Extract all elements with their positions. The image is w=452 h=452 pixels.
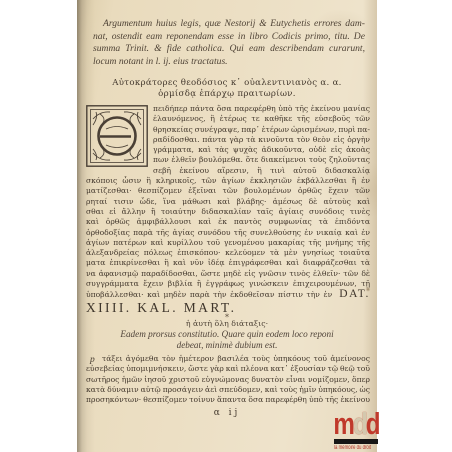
greek-body-line: τάξει ἀγόμεθα τὸν ἡμέτερον βασιλέα τοὺς … xyxy=(86,354,370,364)
greek-inscription-line: ὁρμίσδᾳ ἐπάρχῳ πραιτωρίων. xyxy=(77,89,377,100)
greek-subscription-line: ἡ ἀυτὴ ὅλη διάταξις· xyxy=(77,319,377,328)
paragraph2-lines: τάξει ἀγόμεθα τὸν ἡμέτερον βασιλέα τοὺς … xyxy=(86,354,370,405)
greek-body-line: ματίζεσθαι· θεσπίζομεν ἐξεῖναι τῶν βουλο… xyxy=(86,186,370,196)
greek-body-line: σεβῆ ἐκείνου αἵρεσιν, ἢ τινὶ αὐτοῦ διδασ… xyxy=(153,166,370,176)
greek-body-line: σωτῆρος ἡμῶν ἰησοῦ χριστοῦ εὐγνώμονας δυ… xyxy=(86,375,370,385)
greek-body-line: ἐλαυνόμενος, ἢ ἑτέρως τε καθῆκε τῆς εὐσε… xyxy=(153,114,370,124)
greek-body-text: E πειδήπερ πάντα ὅσα παρεφέρθη ὑπὸ τῆς ἐ… xyxy=(86,104,370,301)
greek-body-line: ἀλεξανδρείας πόλεως ἐπισκόπου· κελεύομεν… xyxy=(86,248,370,258)
signature-mark: α ij xyxy=(77,408,377,418)
watermark-letters: m d d xyxy=(339,409,373,439)
body-lines-full-width: σεβῆ ἐκείνου αἵρεσιν, ἢ τινὶ αὐτοῦ διδασ… xyxy=(86,166,370,290)
greek-body-line: ἁγίων πατέρων καὶ κυρίλλου τοῦ γενομένου… xyxy=(86,238,370,248)
greek-inscription-line: Αὐτοκράτορες θεοδόσιος κ᾽ οὐαλεντινιανὸς… xyxy=(77,78,377,89)
greek-body-line: να ἀφανισμῷ παραδίδοσθαι, ὥστε μηδὲ εἰς … xyxy=(86,269,370,279)
greek-body-line: ραδίδοσθαι. πάντα γὰρ τὰ κινοῦντα τὸν θε… xyxy=(153,135,370,145)
greek-body-line: πειδήπερ πάντα ὅσα παρεφέρθη ὑπὸ τῆς ἐκε… xyxy=(153,104,370,114)
greek-body-line: καὶ ὀρθῶς ἀμφιβάλλουσι καὶ ἐκ παντὸς συμ… xyxy=(86,217,370,227)
greek-body-line: σθαι εἰ ἄλλην ἢ τοιαύτην διδασκαλίαν ταῖ… xyxy=(86,207,370,217)
greek-inscription: Αὐτοκράτορες θεοδόσιος κ᾽ οὐαλεντινιανὸς… xyxy=(77,78,377,100)
dat-label: DAT. xyxy=(332,289,370,299)
greek-body-line: συγγράμματα ἔχειν βιβλία ἢ ἐγγράφως γινώ… xyxy=(86,279,370,289)
greek-body-line: θρησκείας συνέγραψε, παρ᾽ ἑτέρων ὡρισμέν… xyxy=(153,125,370,135)
book-page: Argumentum huius legis, quæ Nestorij & E… xyxy=(77,0,377,452)
greek-body-line: κατὰ δύναμιν αὐτῷ προσάγειν ἀεὶ σπεύδομε… xyxy=(86,385,370,395)
watermark-letter-d1: d xyxy=(353,409,366,439)
greek-body-line: εὐσεβείας ὑπομιμνήσκειν, ὥστε γὰρ καὶ πλ… xyxy=(86,364,370,374)
greek-body-line: γράμματα, καὶ τὰς ψυχὰς ἀδικοῦντα, οὐδὲ … xyxy=(153,145,370,155)
argumentum-line: Argumentum huius legis, quæ Nestorij & E… xyxy=(93,18,365,31)
woodcut-initial-icon: E xyxy=(86,105,148,167)
latin-note: Eadem prorsus constitutio. Quare quin eo… xyxy=(77,329,377,351)
watermark-logo: m d d la mémoire du droit xyxy=(334,409,378,451)
greek-body-line: πων ἐλθεῖν βουλόμεθα. ὅτε διακείμενοι το… xyxy=(153,155,370,165)
latin-note-line: Eadem prorsus constitutio. Quare quin eo… xyxy=(77,329,377,340)
margin-letter: p xyxy=(90,355,95,365)
argumentum-text: Argumentum huius legis, quæ Nestorij & E… xyxy=(93,18,365,68)
greek-body-line: ὀρθοδοξίας παρὰ τῆς ἁγίας συνόδου τῆς συ… xyxy=(86,228,370,238)
latin-note-line: debeat, minimè dubium est. xyxy=(77,340,377,351)
greek-paragraph-2: p τάξει ἀγόμεθα τὸν ἡμέτερον βασιλέα τοὺ… xyxy=(86,354,370,405)
greek-body-line: σκόποις ὦσιν ἢ κληρικοῖς, τῶν ἁγίων ἐκκλ… xyxy=(86,176,370,186)
greek-body-line: προσηκόντων· θεσπίζομεν τοίνυν ἅπαντα ὅσ… xyxy=(86,395,370,405)
greek-body-line: ματα ἐπικρίνεσθαι ἢ καὶ νῦν ἰδέᾳ ἐπιγράφ… xyxy=(86,258,370,268)
argumentum-line: locum notant in l. ij. eius tractatus. xyxy=(93,56,365,69)
argumentum-line: summa Trinit. & fide catholica. Qui eam … xyxy=(93,43,365,56)
scanned-book-page: Argumentum huius legis, quæ Nestorij & E… xyxy=(0,0,452,452)
watermark-letter-m: m xyxy=(333,409,353,439)
watermark-caption: la mémoire du droit xyxy=(334,445,366,451)
watermark-letter-d2: d xyxy=(366,409,379,439)
greek-body-line: ρηταί τισιν ὧδε, ἵνα μάθωσι καὶ βλάβης· … xyxy=(86,197,370,207)
argumentum-line: nat, ostendit eam reponendam esse in lib… xyxy=(93,31,365,44)
